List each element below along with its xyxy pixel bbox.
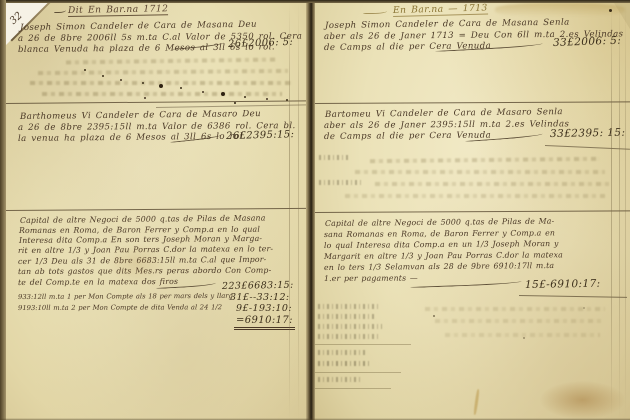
page-edge-line xyxy=(611,3,612,420)
total-amount: =6910:17: xyxy=(234,315,295,330)
sum-row-text: 9193:10ll m.ta 2 per Mon Compte de dita … xyxy=(18,304,222,312)
underline-rule xyxy=(545,145,630,150)
sum-amount: 31£--33:12: xyxy=(230,292,290,303)
bleedthrough-line xyxy=(345,194,605,198)
ledger-rule xyxy=(6,208,307,211)
bleedthrough-line xyxy=(42,92,282,96)
bleedthrough-line xyxy=(375,182,610,186)
paper-stain xyxy=(106,243,166,283)
entry-line: Joseph Simon Candeler de Cara de Masana … xyxy=(20,21,257,33)
header-flourish xyxy=(54,8,66,13)
paper-stain xyxy=(495,3,625,17)
bleedthrough-number xyxy=(319,180,361,185)
left-page-header: Dit En Bar.na 1712 xyxy=(68,4,169,17)
entry-line: 1.er per pagaments — xyxy=(324,275,418,283)
bleedthrough-number xyxy=(318,304,380,309)
ledger-rule xyxy=(156,104,307,108)
right-page-header: En Bar.na — 1713 xyxy=(393,4,488,18)
bleedthrough-line xyxy=(425,307,605,311)
header-flourish xyxy=(363,9,387,14)
entry-amount: 26£2395:15: xyxy=(226,129,295,142)
left-page: 32 Dit En Bar.na 1712 Joseph Simon Cande… xyxy=(6,3,307,420)
ledger-rule xyxy=(315,101,630,104)
entry-amount: 33£2395: 15: xyxy=(550,127,626,140)
page-edge-line xyxy=(619,3,620,420)
entry-line: Capital de altre Negoci de 5000 q.tas de… xyxy=(325,218,554,228)
entry-line: te del Comp.te en la matexa dos firos xyxy=(18,278,178,287)
sum-row-text: 933:12ll m.ta 1 per Mon Compte als 18 pe… xyxy=(18,293,233,301)
ledger-rule xyxy=(315,210,630,213)
bleedthrough-number xyxy=(318,334,378,339)
bleedthrough-number xyxy=(318,377,360,382)
ink-specks xyxy=(84,69,86,71)
page-crease xyxy=(289,3,290,420)
entry-amount: 15£-6910:17: xyxy=(525,278,601,291)
bleedthrough-line xyxy=(355,170,605,174)
entry-line: Margarit en altre 1/3 y Joan Pau Porras … xyxy=(324,251,563,260)
entry-line: lo qual Interesa dita Comp.a en un 1/3 J… xyxy=(324,240,559,250)
scan-left-edge xyxy=(0,0,6,420)
page-edge-line xyxy=(625,3,626,420)
page-crease xyxy=(298,3,299,420)
entry-line: Capital de altre Negoci de 5000 q.tas de… xyxy=(20,214,266,224)
entry-line: sana Romanas en Roma, de Baron Ferrer y … xyxy=(324,229,555,238)
bleedthrough-number xyxy=(318,324,382,329)
paper-stain xyxy=(540,381,625,419)
ink-specks xyxy=(433,315,435,317)
bleedthrough-line xyxy=(66,58,276,65)
sum-amount: 223£6683:15: xyxy=(222,280,294,292)
amount-flourish xyxy=(410,279,522,288)
scratch-mark xyxy=(473,389,480,415)
bleedthrough-line xyxy=(435,319,605,323)
bleedthrough-line xyxy=(30,81,292,85)
entry-line: aber als 26 de Janer 2395:15ll m.ta 2.es… xyxy=(324,120,569,130)
right-page: En Bar.na — 1713 Joseph Simon Candeler d… xyxy=(315,3,630,420)
bleedthrough-number xyxy=(318,361,372,366)
bleedthrough-rule xyxy=(315,372,401,373)
sum-amount: 9£-193:10: xyxy=(236,303,292,314)
entry-amount: 26£2006: 5: xyxy=(228,37,294,50)
entry-line: Joseph Simon Candeler de Cara de Masana … xyxy=(325,19,570,31)
scan-top-edge xyxy=(0,0,630,3)
bleedthrough-line xyxy=(445,333,600,337)
bleedthrough-rule xyxy=(315,388,391,389)
entry-line: en lo ters 1/3 Selamvan als 28 de 9bre 6… xyxy=(324,262,554,272)
bleedthrough-line xyxy=(38,69,288,75)
entry-line: Bartomeu Vi Candeler de Cara de Masaro S… xyxy=(325,108,563,120)
ledger-rule xyxy=(6,100,307,104)
bleedthrough-line xyxy=(370,157,600,163)
bleedthrough-number xyxy=(318,350,368,355)
bleedthrough-rule xyxy=(315,344,411,345)
bleedthrough-number xyxy=(318,314,376,319)
bleedthrough-number xyxy=(319,155,349,160)
entry-line: Barthomeus Vi Candeler de Cara de Masaro… xyxy=(20,110,261,122)
manuscript-ledger-scan: 32 Dit En Bar.na 1712 Joseph Simon Cande… xyxy=(0,0,630,420)
